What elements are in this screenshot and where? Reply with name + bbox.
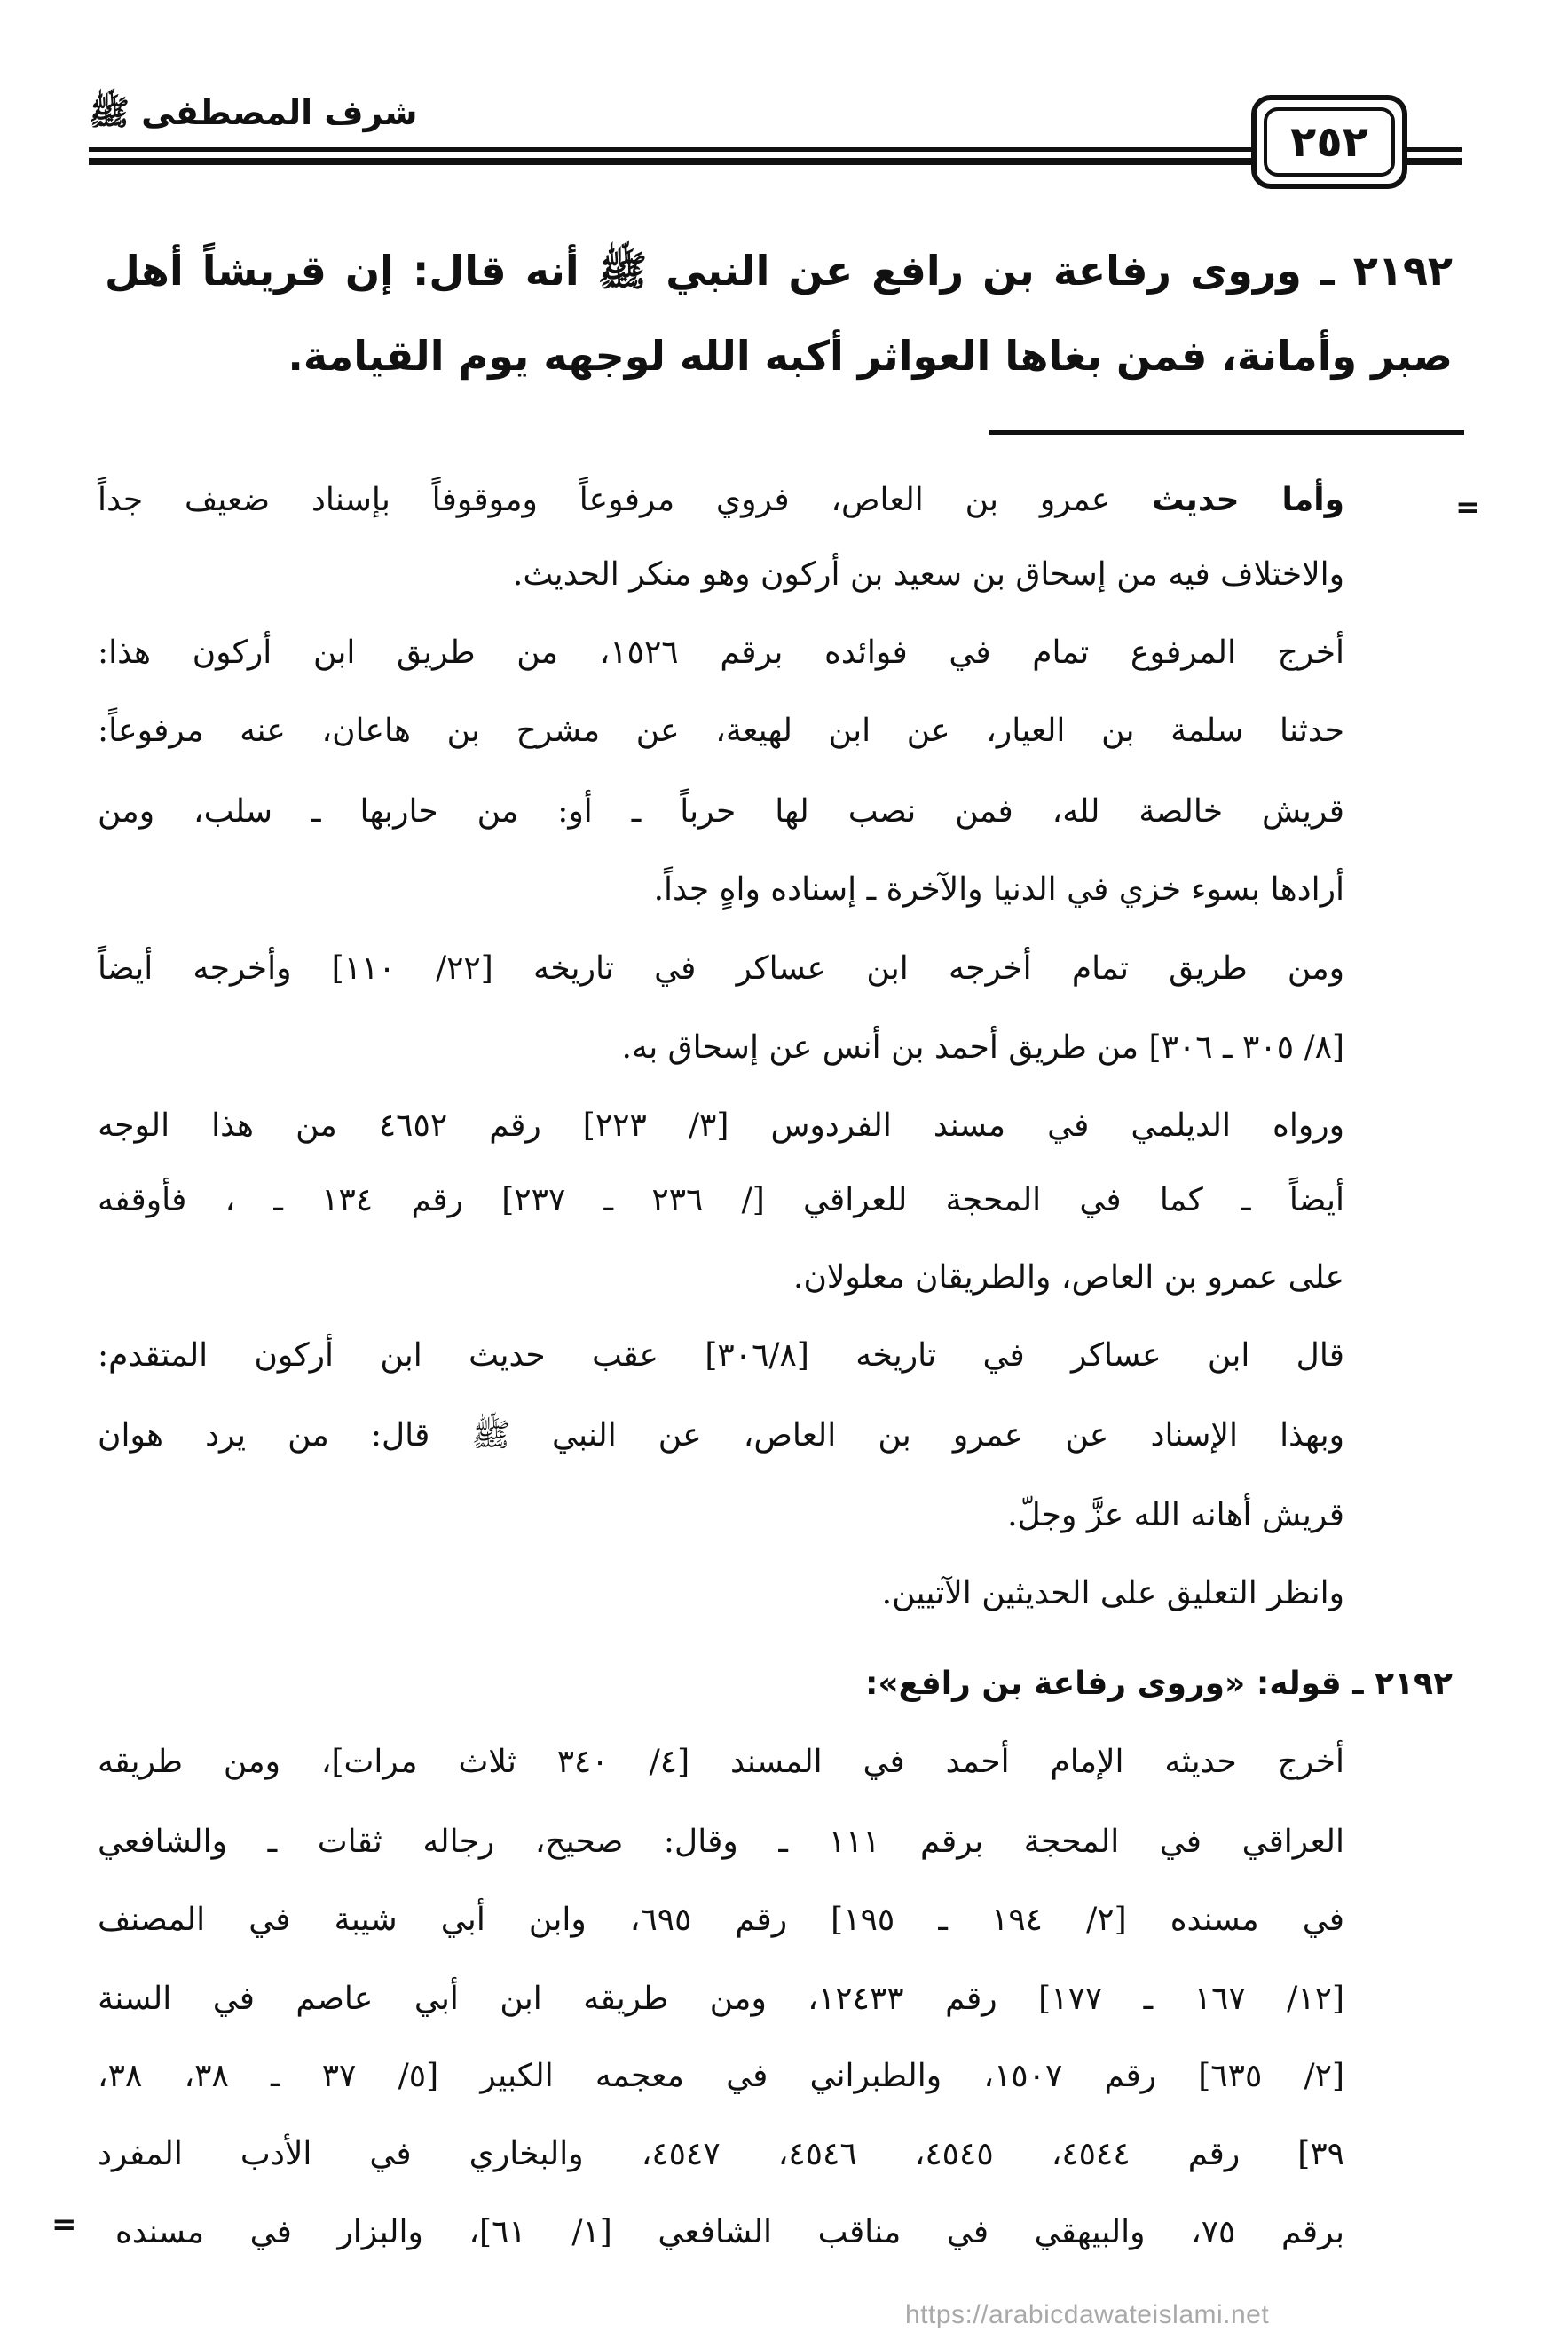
page-number-frame-inner: ٢٥٢ — [1264, 107, 1395, 177]
footnote-separator — [989, 430, 1464, 435]
footnote-text: عمرو بن العاص، فروي مرفوعاً وموقوفاً بإس… — [98, 482, 1152, 518]
footnote-line: [٨/ ٣٠٥ ـ ٣٠٦] من طريق أحمد بن أنس عن إس… — [621, 1032, 1344, 1064]
footnote-line: ومن طريق تمام أخرجه ابن عساكر في تاريخه … — [98, 953, 1344, 985]
running-title: شرف المصطفى ﷺ — [89, 96, 418, 130]
footnote-line: وبهذا الإسناد عن عمرو بن العاص، عن النبي… — [98, 1420, 1344, 1452]
footnote-line: والاختلاف فيه من إسحاق بن سعيد بن أركون … — [513, 559, 1344, 591]
commentary-line: برقم ٧٥، والبيهقي في مناقب الشافعي [١/ ٦… — [115, 2217, 1344, 2249]
header-rule-thin-right — [1404, 147, 1462, 152]
footnote-line: قريش أهانه الله عزَّ وجلّ. — [1007, 1500, 1344, 1532]
commentary-line: أخرج حديثه الإمام أحمد في المسند [٤/ ٣٤٠… — [98, 1746, 1344, 1778]
footnote-line: قال ابن عساكر في تاريخه [٣٠٦/٨] عقب حديث… — [98, 1340, 1344, 1372]
footnote-line: حدثنا سلمة بن العيار، عن ابن لهيعة، عن م… — [98, 715, 1344, 747]
footnote-line: قريش خالصة لله، فمن نصب لها حرباً ـ أو: … — [98, 796, 1344, 828]
footnote-line: أيضاً ـ كما في المحجة للعراقي [/ ٢٣٦ ـ ٢… — [98, 1185, 1344, 1217]
watermark-url: https://arabicdawateislami.net — [905, 2300, 1269, 2330]
footnote-line: على عمرو بن العاص، والطريقان معلولان. — [793, 1262, 1344, 1294]
footnote-line: أخرج المرفوع تمام في فوائده برقم ١٥٢٦، م… — [98, 637, 1344, 669]
commentary-line: [٢/ ٦٣٥] رقم ١٥٠٧، والطبراني في معجمه ال… — [98, 2060, 1344, 2092]
page-number-frame: ٢٥٢ — [1251, 95, 1407, 189]
commentary-line: العراقي في المحجة برقم ١١١ ـ وقال: صحيح،… — [98, 1826, 1344, 1858]
continuation-mark-bottom: = — [51, 2210, 77, 2240]
footnote-bold-lead: وأما حديث — [1152, 482, 1344, 518]
commentary-line: ٣٩] رقم ٤٥٤٤، ٤٥٤٥، ٤٥٤٦، ٤٥٤٧، والبخاري… — [98, 2139, 1344, 2171]
footnote-line: وانظر التعليق على الحديثين الآتيين. — [882, 1578, 1344, 1610]
continuation-mark-top: = — [1455, 492, 1481, 523]
commentary-line: في مسنده [٢/ ١٩٤ ـ ١٩٥] رقم ٦٩٥، وابن أب… — [98, 1904, 1344, 1936]
header-rule-thick — [89, 158, 1254, 165]
page-number: ٢٥٢ — [1290, 121, 1368, 163]
header-rule-thick-right — [1404, 158, 1462, 165]
commentary-line: [١٢/ ١٦٧ ـ ١٧٧] رقم ١٢٤٣٣، ومن طريقه ابن… — [98, 1983, 1344, 2015]
book-page: شرف المصطفى ﷺ ٢٥٢ ٢١٩٢ ـ وروى رفاعة بن ر… — [0, 0, 1568, 2340]
main-text-line-1: ٢١٩٢ ـ وروى رفاعة بن رافع عن النبي ﷺ أنه… — [105, 250, 1453, 291]
footnote-line: ورواه الديلمي في مسند الفردوس [٣/ ٢٢٣] ر… — [98, 1110, 1344, 1142]
footnote-line: أرادها بسوء خزي في الدنيا والآخرة ـ إسنا… — [654, 874, 1344, 906]
main-text-line-2: صبر وأمانة، فمن بغاها العواثر أكبه الله … — [288, 335, 1453, 376]
footnote-line: وأما حديث عمرو بن العاص، فروي مرفوعاً وم… — [98, 485, 1344, 516]
header-rule-thin — [89, 147, 1254, 152]
commentary-heading: ٢١٩٢ ـ قوله: «وروى رفاعة بن رافع»: — [865, 1668, 1453, 1700]
